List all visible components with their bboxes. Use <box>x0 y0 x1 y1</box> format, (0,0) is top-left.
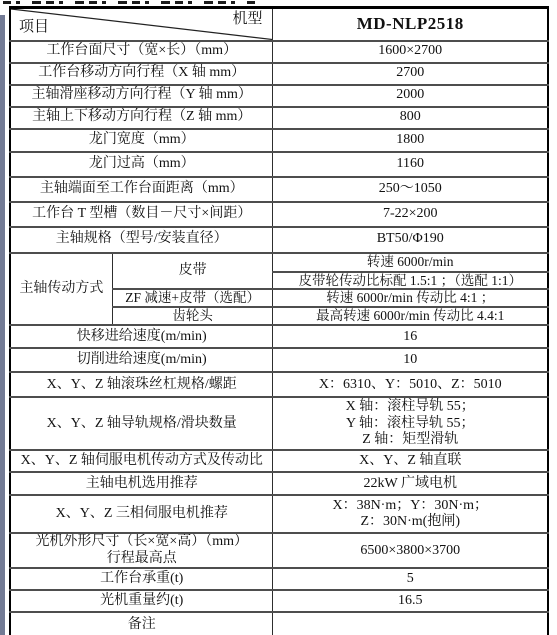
row-value: X、Y、Z 轴直联 <box>273 450 548 472</box>
row-value: 5 <box>273 568 548 590</box>
model-name: MD-NLP2518 <box>273 8 548 41</box>
belt-label: 皮带 <box>112 253 273 290</box>
row-value: 250～1050 <box>273 177 548 202</box>
table-row: 龙门过高（mm） 1160 <box>10 152 548 177</box>
spec-table: 机型 项目 MD-NLP2518 工作台面尺寸（宽×长）（mm） 1600×27… <box>9 6 549 635</box>
row-value: 10 <box>273 348 548 372</box>
row-label: 主轴规格（型号/安装直径） <box>10 227 273 253</box>
row-label: 工作台移动方向行程（X 轴 mm） <box>10 63 273 85</box>
row-value: 1800 <box>273 129 548 152</box>
row-value: 16 <box>273 325 548 348</box>
row-label: 工作台 T 型槽（数目－尺寸×间距） <box>10 202 273 227</box>
row-value: 1600×2700 <box>273 41 548 63</box>
row-value: 7-22×200 <box>273 202 548 227</box>
row-value: 800 <box>273 107 548 129</box>
table-row: 主轴滑座移动方向行程（Y 轴 mm） 2000 <box>10 85 548 107</box>
table-row: 工作台移动方向行程（X 轴 mm） 2700 <box>10 63 548 85</box>
row-label: 光机重量约(t) <box>10 590 273 612</box>
table-row: 龙门宽度（mm） 1800 <box>10 129 548 152</box>
table-row: 主轴规格（型号/安装直径） BT50/Φ190 <box>10 227 548 253</box>
table-row: 工作台 T 型槽（数目－尺寸×间距） 7-22×200 <box>10 202 548 227</box>
row-label: 切削进给速度(m/min) <box>10 348 273 372</box>
corner-label-model: 机型 <box>232 11 262 29</box>
belt-value-2: 皮带轮传动比标配 1.5:1 ；（选配 1:1） <box>273 272 548 290</box>
row-label: 快移进给速度(m/min) <box>10 325 273 348</box>
table-row: X、Y、Z 轴伺服电机传动方式及传动比 X、Y、Z 轴直联 <box>10 450 548 472</box>
header-row: 机型 项目 MD-NLP2518 <box>10 8 548 41</box>
row-label: 工作台承重(t) <box>10 568 273 590</box>
corner-cell: 机型 项目 <box>10 8 273 41</box>
row-label: X、Y、Z 轴导轨规格/滑块数量 <box>10 397 273 450</box>
table-row: X、Y、Z 轴滚珠丝杠规格/螺距 X：6310、Y：5010、Z：5010 <box>10 372 548 397</box>
row-value: X：38N·m；Y：30N·m； Z：30N·m(抱闸) <box>273 495 548 533</box>
table-row: 切削进给速度(m/min) 10 <box>10 348 548 372</box>
zf-label: ZF 减速+皮带（选配） <box>112 289 273 307</box>
transmission-group-label: 主轴传动方式 <box>10 253 112 326</box>
gear-value: 最高转速 6000r/min 传动比 4.4:1 <box>273 307 548 325</box>
row-value: 22kW 广域电机 <box>273 472 548 495</box>
corner-label-item: 项目 <box>19 19 49 37</box>
table-row: 主轴端面至工作台面距离（mm） 250～1050 <box>10 177 548 202</box>
row-label: 工作台面尺寸（宽×长）（mm） <box>10 41 273 63</box>
table-row: 光机外形尺寸（长×宽×高）（mm） 行程最高点 6500×3800×3700 <box>10 533 548 568</box>
row-label: X、Y、Z 轴伺服电机传动方式及传动比 <box>10 450 273 472</box>
belt-value-1: 转速 6000r/min <box>273 253 548 272</box>
table-row: 光机重量约(t) 16.5 <box>10 590 548 612</box>
table-row: 备注 <box>10 612 548 635</box>
row-value: X：6310、Y：5010、Z：5010 <box>273 372 548 397</box>
table-row: 工作台承重(t) 5 <box>10 568 548 590</box>
row-label: 备注 <box>10 612 273 635</box>
table-row: 工作台面尺寸（宽×长）（mm） 1600×2700 <box>10 41 548 63</box>
row-label: 主轴滑座移动方向行程（Y 轴 mm） <box>10 85 273 107</box>
table-row-transmission: 主轴传动方式 皮带 转速 6000r/min <box>10 253 548 272</box>
row-value: 6500×3800×3700 <box>273 533 548 568</box>
zf-value: 转速 6000r/min 传动比 4:1 ； <box>273 289 548 307</box>
table-row: X、Y、Z 轴导轨规格/滑块数量 X 轴：滚柱导轨 55； Y 轴：滚柱导轨 5… <box>10 397 548 450</box>
row-value: 2000 <box>273 85 548 107</box>
row-label: 龙门宽度（mm） <box>10 129 273 152</box>
row-value: X 轴：滚柱导轨 55； Y 轴：滚柱导轨 55； Z 轴：矩型滑轨 <box>273 397 548 450</box>
table-row: 主轴上下移动方向行程（Z 轴 mm） 800 <box>10 107 548 129</box>
row-label: X、Y、Z 三相伺服电机推荐 <box>10 495 273 533</box>
row-label: 主轴电机选用推荐 <box>10 472 273 495</box>
gear-label: 齿轮头 <box>112 307 273 325</box>
table-row: X、Y、Z 三相伺服电机推荐 X：38N·m；Y：30N·m； Z：30N·m(… <box>10 495 548 533</box>
row-value: 16.5 <box>273 590 548 612</box>
row-value: 2700 <box>273 63 548 85</box>
row-label: 龙门过高（mm） <box>10 152 273 177</box>
row-value <box>273 612 548 635</box>
row-label: 主轴端面至工作台面距离（mm） <box>10 177 273 202</box>
row-label: 光机外形尺寸（长×宽×高）（mm） 行程最高点 <box>10 533 273 568</box>
row-label: X、Y、Z 轴滚珠丝杠规格/螺距 <box>10 372 273 397</box>
row-value: BT50/Φ190 <box>273 227 548 253</box>
table-row: 主轴电机选用推荐 22kW 广域电机 <box>10 472 548 495</box>
row-label: 主轴上下移动方向行程（Z 轴 mm） <box>10 107 273 129</box>
window-edge-strip <box>0 15 5 635</box>
row-value: 1160 <box>273 152 548 177</box>
table-row: 快移进给速度(m/min) 16 <box>10 325 548 348</box>
